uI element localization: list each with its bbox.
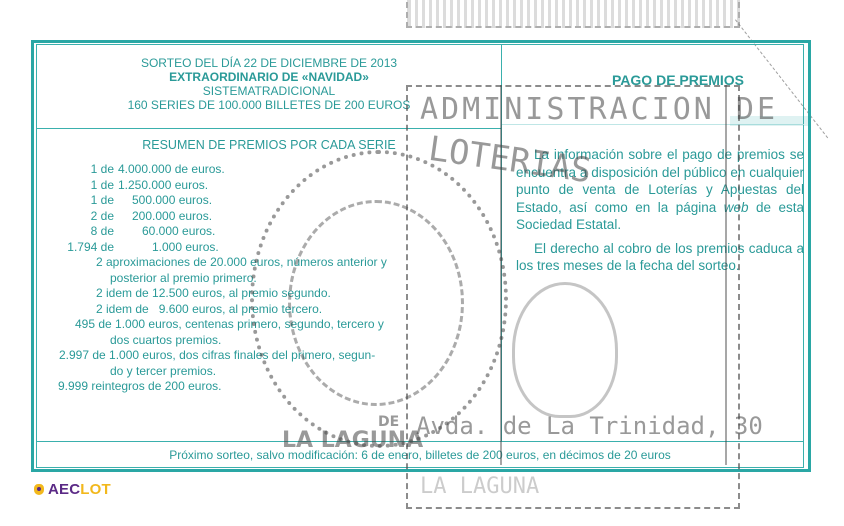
prize-detail: 2 aproximaciones de 20.000 euros, número…: [36, 255, 502, 271]
prize-detail: posterior al premio primero.: [36, 271, 502, 287]
prize-detail: 2 idem de 12.500 euros, al premio segund…: [36, 286, 502, 302]
payment-title: PAGO DE PREMIOS: [502, 72, 804, 88]
prize-detail: 9.999 reintegros de 200 euros.: [36, 379, 502, 395]
footer-divider: [36, 441, 804, 442]
faint-band: [730, 116, 810, 126]
draw-series: 160 SERIES DE 100.000 BILLETES DE 200 EU…: [36, 98, 502, 112]
stamp-bottom-text: LA LAGUNA: [420, 474, 539, 499]
stamp-line: [500, 85, 502, 465]
prize-row: 2 de200.000 euros.: [36, 209, 502, 225]
header-divider: [36, 128, 502, 129]
draw-date: SORTEO DEL DÍA 22 DE DICIEMBRE DE 2013: [36, 56, 502, 70]
prize-detail: 495 de 1.000 euros, centenas primero, se…: [36, 317, 502, 333]
prize-row: 1 de1.250.000 euros.: [36, 178, 502, 194]
draw-header: SORTEO DEL DÍA 22 DE DICIEMBRE DE 2013 E…: [36, 56, 502, 112]
prize-detail: do y tercer premios.: [36, 364, 502, 380]
draw-system: SISTEMATRADICIONAL: [36, 84, 502, 98]
prize-detail: dos cuartos premios.: [36, 333, 502, 349]
prize-row: 8 de60.000 euros.: [36, 224, 502, 240]
aeclot-logo: AECLOT: [34, 481, 111, 498]
prize-summary-title: RESUMEN DE PREMIOS POR CADA SERIE: [36, 138, 502, 152]
stamp-line: [725, 85, 727, 465]
payment-info: La información sobre el pago de premios …: [516, 146, 804, 281]
shield-icon: [34, 484, 44, 495]
draw-type: EXTRAORDINARIO DE «NAVIDAD»: [36, 70, 502, 84]
prize-row: 1 de500.000 euros.: [36, 193, 502, 209]
expiry-paragraph: El derecho al cobro de los premios caduc…: [516, 240, 804, 275]
top-stamp-fragment: [406, 0, 740, 28]
prize-row: 1 de4.000.000 de euros.: [36, 162, 502, 178]
prize-detail: 2.997 de 1.000 euros, dos cifras finales…: [36, 348, 502, 364]
prize-detail: 2 idem de 9.600 euros, al premio tercero…: [36, 302, 502, 318]
next-draw-note: Próximo sorteo, salvo modificación: 6 de…: [36, 448, 804, 462]
prize-row: 1.794 de1.000 euros.: [36, 240, 502, 256]
payment-info-paragraph: La información sobre el pago de premios …: [516, 146, 804, 234]
prize-list: 1 de4.000.000 de euros. 1 de1.250.000 eu…: [36, 162, 502, 395]
